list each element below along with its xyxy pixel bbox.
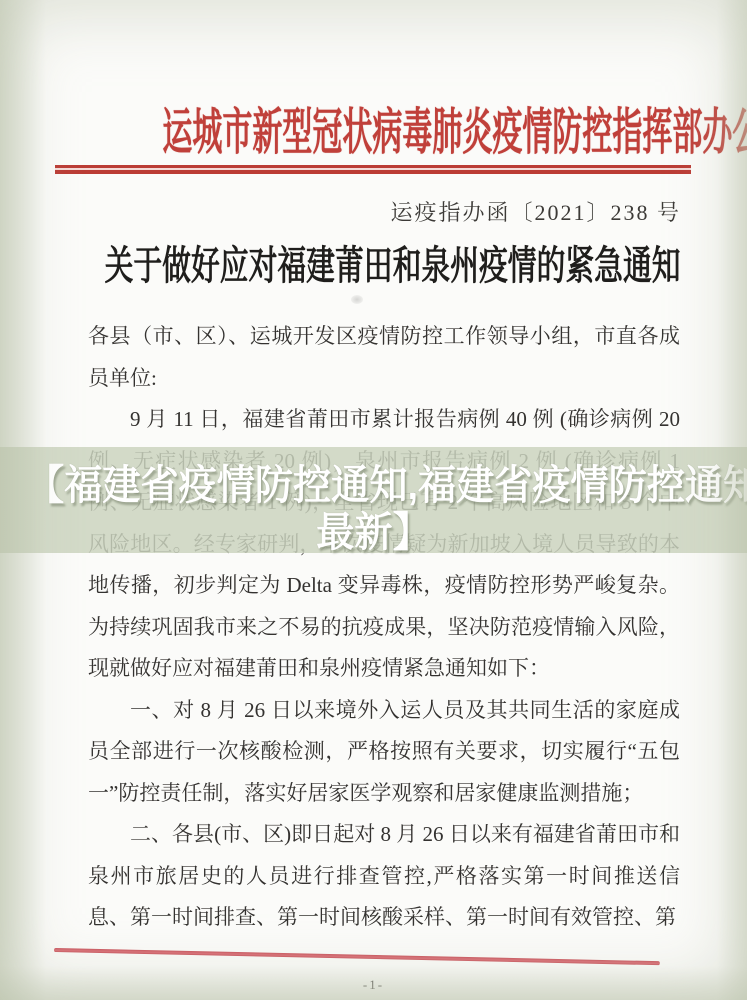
document-red-header: 运城市新型冠状病毒肺炎疫情防控指挥部办公室: [162, 92, 610, 164]
document-body: 各县（市、区）、运城开发区疫情防控工作领导小组，市直各成员单位: 9 月 11 …: [88, 316, 680, 939]
document-title: 关于做好应对福建莆田和泉州疫情的紧急通知: [105, 234, 643, 291]
document-number: 运疫指办函〔2021〕238 号: [390, 196, 681, 227]
scanned-document-page: 运城市新型冠状病毒肺炎疫情防控指挥部办公室 运疫指办函〔2021〕238 号 关…: [0, 0, 747, 1000]
paragraph-item-2: 二、各县(市、区)即日起对 8 月 26 日以来有福建省莆田市和泉州市旅居史的人…: [88, 814, 680, 939]
salutation-line: 各县（市、区）、运城开发区疫情防控工作领导小组，市直各成员单位:: [88, 316, 680, 399]
footer-red-rule: [54, 948, 660, 965]
scan-smudge: [351, 295, 363, 304]
watermark-text-line2: 最新】: [26, 499, 721, 558]
header-divider-rule: [55, 165, 691, 174]
paragraph-item-1: 一、对 8 月 26 日以来境外入运人员及其共同生活的家庭成员全部进行一次核酸检…: [88, 690, 680, 815]
page-number: -1-: [0, 977, 747, 993]
